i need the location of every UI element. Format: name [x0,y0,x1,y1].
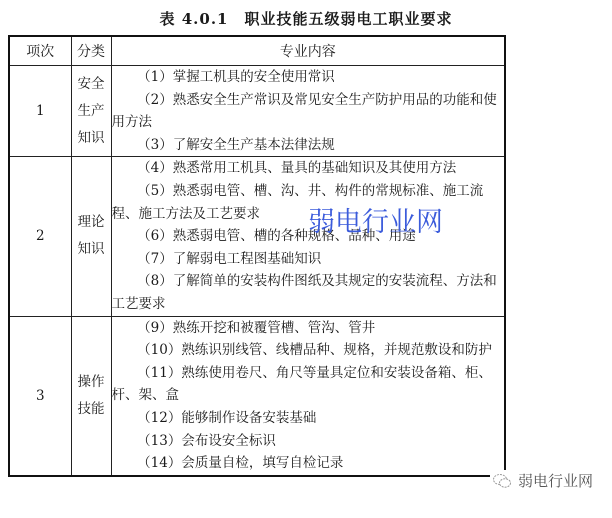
content-item: （13）会布设安全标识 [112,430,505,453]
row-category: 安全 生产 知识 [71,66,111,157]
category-line: 安全 [72,71,111,98]
category-line: 操作 [72,369,111,396]
content-item: （8）了解简单的安装构件图纸及其规定的安装流程、方法和工艺要求 [112,270,505,315]
header-category: 分类 [71,36,111,66]
header-item-no: 项次 [9,36,71,66]
row-number: 1 [9,66,71,157]
content-item: （4）熟悉常用工机具、量具的基础知识及其使用方法 [112,157,505,180]
content-item: （2）熟悉安全生产常识及常见安全生产防护用品的功能和使用方法 [112,89,505,134]
category-line: 知识 [72,236,111,263]
content-item: （12）能够制作设备安装基础 [112,407,505,430]
content-item: （14）会质量自检，填写自检记录 [112,452,505,475]
table-header-row: 项次 分类 专业内容 [9,36,505,66]
wechat-icon [492,473,512,489]
row-number: 2 [9,157,71,316]
content-item: （9）熟练开挖和被覆管槽、管沟、管井 [112,317,505,340]
content-item: （3）了解安全生产基本法律法规 [112,134,505,157]
table-title: 表 4.0.1 职业技能五级弱电工职业要求 [0,8,612,29]
content-item: （11）熟练使用卷尺、角尺等量具定位和安装设备箱、柜、杆、架、盒 [112,362,505,407]
table-row: 3 操作 技能 （9）熟练开挖和被覆管槽、管沟、管井 （10）熟练识别线管、线槽… [9,316,505,476]
table-row: 1 安全 生产 知识 （1）掌握工机具的安全使用常识 （2）熟悉安全生产常识及常… [9,66,505,157]
brand-name: 弱电行业网 [518,470,593,491]
content-item: （7）了解弱电工程图基础知识 [112,248,505,271]
row-content: （9）熟练开挖和被覆管槽、管沟、管井 （10）熟练识别线管、线槽品种、规格，并规… [111,316,505,476]
row-content: （1）掌握工机具的安全使用常识 （2）熟悉安全生产常识及常见安全生产防护用品的功… [111,66,505,157]
header-content: 专业内容 [111,36,505,66]
category-line: 生产 [72,98,111,125]
watermark-text: 弱电行业网 [308,200,443,239]
row-number: 3 [9,316,71,476]
category-line: 技能 [72,396,111,423]
category-line: 知识 [72,125,111,152]
row-category: 操作 技能 [71,316,111,476]
row-category: 理论 知识 [71,157,111,316]
requirements-table: 项次 分类 专业内容 1 安全 生产 知识 （1）掌握工机具的安全使用常识 （2… [8,35,506,477]
category-line: 理论 [72,209,111,236]
content-item: （1）掌握工机具的安全使用常识 [112,66,505,89]
content-item: （10）熟练识别线管、线槽品种、规格，并规范敷设和防护 [112,339,505,362]
brand-badge: 弱电行业网 [490,470,595,491]
